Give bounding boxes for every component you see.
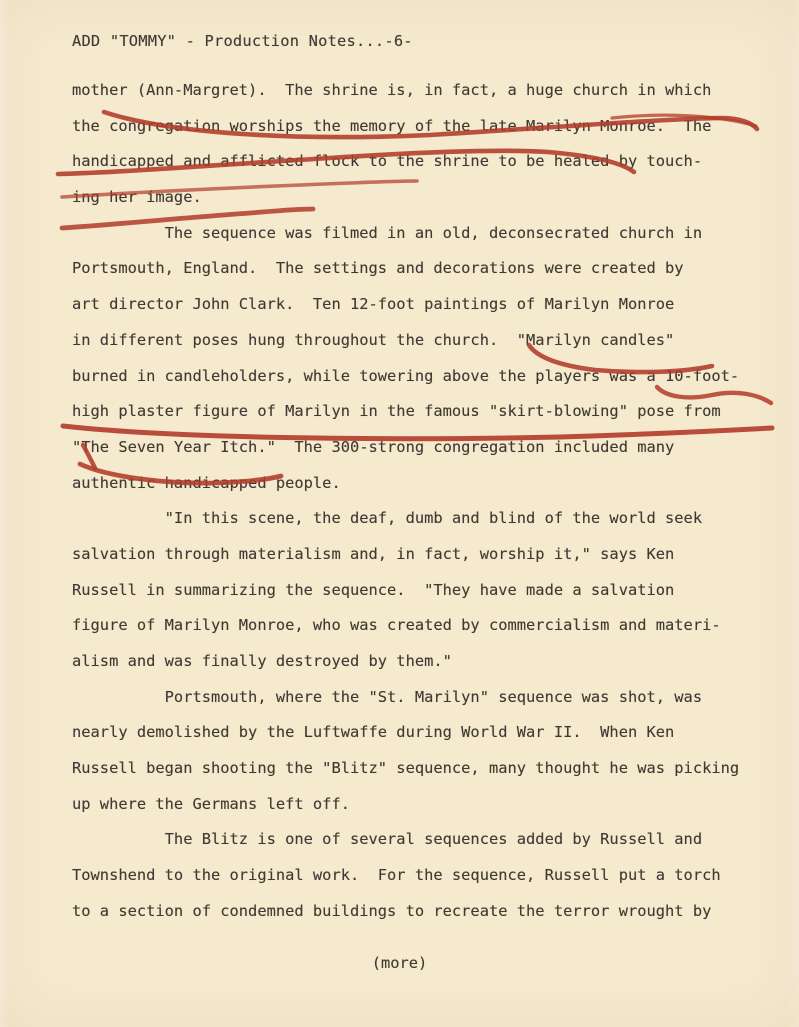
typed-line: The sequence was filmed in an old, decon…: [72, 216, 799, 252]
typed-line: the congregation worships the memory of …: [72, 109, 799, 145]
typed-line: Russell began shooting the "Blitz" seque…: [72, 751, 799, 787]
typed-line: The Blitz is one of several sequences ad…: [72, 822, 799, 858]
typed-line: handicapped and afflicted flock to the s…: [72, 144, 799, 180]
typed-line: to a section of condemned buildings to r…: [72, 894, 799, 930]
typed-line: Portsmouth, where the "St. Marilyn" sequ…: [72, 680, 799, 716]
page-footer-more: (more): [0, 946, 799, 982]
typed-line: in different poses hung throughout the c…: [72, 323, 799, 359]
typed-line: ing her image.: [72, 180, 799, 216]
document-page: ADD "TOMMY" - Production Notes...-6- mot…: [0, 0, 799, 1027]
typed-line: alism and was finally destroyed by them.…: [72, 644, 799, 680]
typed-line: authentic handicapped people.: [72, 466, 799, 502]
typed-line: nearly demolished by the Luftwaffe durin…: [72, 715, 799, 751]
typed-line: mother (Ann-Margret). The shrine is, in …: [72, 73, 799, 109]
typed-line: burned in candleholders, while towering …: [72, 359, 799, 395]
typed-line: up where the Germans left off.: [72, 787, 799, 823]
page-header: ADD "TOMMY" - Production Notes...-6-: [72, 32, 413, 50]
typed-line: Russell in summarizing the sequence. "Th…: [72, 573, 799, 609]
typed-line: "In this scene, the deaf, dumb and blind…: [72, 501, 799, 537]
typed-line: "The Seven Year Itch." The 300-strong co…: [72, 430, 799, 466]
typed-line: figure of Marilyn Monroe, who was create…: [72, 608, 799, 644]
typed-line: Townshend to the original work. For the …: [72, 858, 799, 894]
typed-line: art director John Clark. Ten 12-foot pai…: [72, 287, 799, 323]
typed-line: high plaster figure of Marilyn in the fa…: [72, 394, 799, 430]
typed-line: Portsmouth, England. The settings and de…: [72, 251, 799, 287]
typed-line: salvation through materialism and, in fa…: [72, 537, 799, 573]
typed-body: mother (Ann-Margret). The shrine is, in …: [72, 73, 799, 930]
